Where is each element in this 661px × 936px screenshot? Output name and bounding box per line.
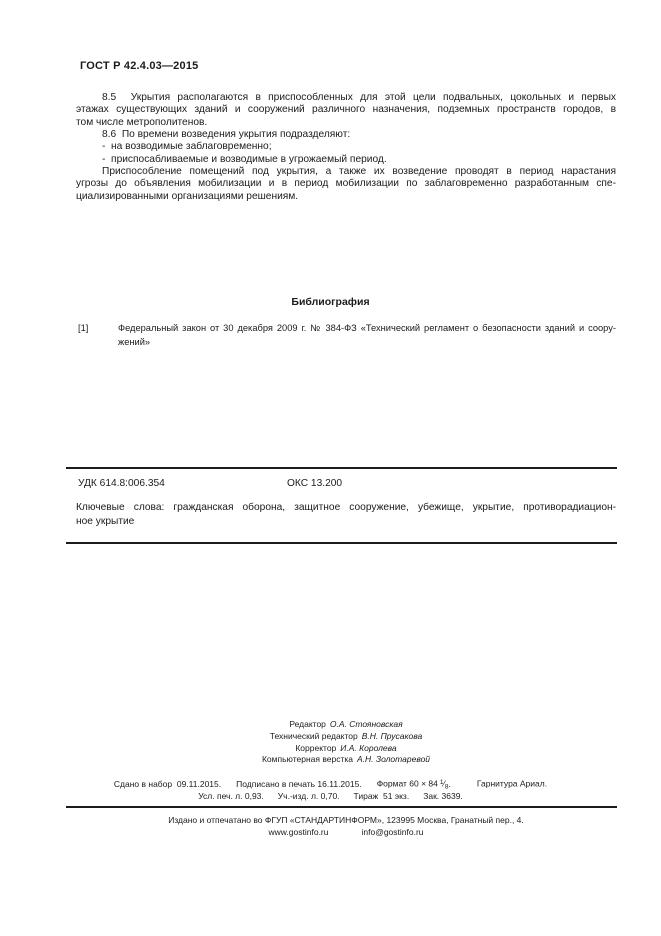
horizontal-rule-bottom xyxy=(66,806,617,808)
bibliography-item: [1] Федеральный закон от 30 декабря 2009… xyxy=(78,322,616,350)
paragraph-8-5: 8.5 Укрытия располагаются в приспособлен… xyxy=(76,92,616,129)
oks-code: ОКС 13.200 xyxy=(287,478,342,489)
editors-block: РедакторО.А. Стояновская Технический ред… xyxy=(76,719,616,766)
editor-role: Компьютерная верстка xyxy=(262,754,353,764)
text-line: 8.5 Укрытия располагаются в приспособлен… xyxy=(76,92,616,104)
text-line: угрозы до объявления мобилизации и в пер… xyxy=(76,178,616,190)
bibliography-item-marker: [1] xyxy=(78,322,88,336)
text-line: Ключевые слова: гражданская оборона, защ… xyxy=(76,501,616,515)
website-url: www.gostinfo.ru xyxy=(268,827,328,837)
pub-sheets: Уч.-изд. л. 0,70. xyxy=(278,791,340,801)
typeface-name: Гарнитура Ариал. xyxy=(477,779,547,789)
text-line: - приспосабливаемые и возводимые в угрож… xyxy=(76,154,616,166)
editor-line: РедакторО.А. Стояновская xyxy=(76,719,616,731)
text-line: Федеральный закон от 30 декабря 2009 г. … xyxy=(118,322,616,336)
udk-code: УДК 614.8:006.354 xyxy=(78,478,165,489)
conv-printed-sheets: Усл. печ. л. 0,93. xyxy=(198,791,264,801)
print-run: Тираж 51 экз. xyxy=(354,791,410,801)
text-line: этажах существующих зданий и сооружений … xyxy=(76,104,616,116)
format-period: . xyxy=(449,779,451,789)
text-line: Приспособление помещений под укрытия, а … xyxy=(76,166,616,178)
editor-name: И.А. Королева xyxy=(340,743,396,753)
horizontal-rule-middle xyxy=(66,542,617,544)
paragraph: Приспособление помещений под укрытия, а … xyxy=(76,166,616,203)
editor-role: Редактор xyxy=(289,719,326,729)
editor-line: Компьютерная версткаА.Н. Золотаревой xyxy=(76,754,616,766)
text-line: жений» xyxy=(118,336,616,350)
editor-line: КорректорИ.А. Королева xyxy=(76,743,616,755)
text-line: - на возводимые заблаговременно; xyxy=(76,141,616,153)
horizontal-rule-top xyxy=(66,467,617,469)
text-line: том числе метрополитенов. xyxy=(76,117,616,129)
print-info-line-2: Усл. печ. л. 0,93.Уч.-изд. л. 0,70.Тираж… xyxy=(0,791,661,801)
editor-line: Технический редакторВ.Н. Прусакова xyxy=(76,731,616,743)
bibliography-heading: Библиография xyxy=(0,296,661,308)
text-line: ное укрытие xyxy=(76,515,616,529)
list-item: - приспосабливаемые и возводимые в угрож… xyxy=(76,154,616,166)
text-line: 8.6 По времени возведения укрытия подраз… xyxy=(76,129,616,141)
editor-role: Корректор xyxy=(295,743,336,753)
bibliography-item-text: Федеральный закон от 30 декабря 2009 г. … xyxy=(118,322,616,350)
editor-name: О.А. Стояновская xyxy=(330,719,403,729)
email-address: info@gostinfo.ru xyxy=(361,827,423,837)
paper-format: Формат 60 × 84 xyxy=(377,779,438,789)
document-code: ГОСТ Р 42.4.03—2015 xyxy=(80,60,198,72)
text-line: циализированными организациями решениям. xyxy=(76,191,616,203)
publisher-links: www.gostinfo.ruinfo@gostinfo.ru xyxy=(76,827,616,838)
signed-date: Подписано в печать 16.11.2015. xyxy=(236,779,362,789)
order-number: Зак. 3639. xyxy=(423,791,463,801)
keywords-text: Ключевые слова: гражданская оборона, защ… xyxy=(76,501,616,529)
document-page: ГОСТ Р 42.4.03—2015 8.5 Укрытия располаг… xyxy=(0,0,661,936)
editor-name: А.Н. Золотаревой xyxy=(357,754,430,764)
editor-name: В.Н. Прусакова xyxy=(362,731,422,741)
paragraph-8-6: 8.6 По времени возведения укрытия подраз… xyxy=(76,129,616,141)
typeset-date: Сдано в набор 09.11.2015. xyxy=(114,779,221,789)
list-item: - на возводимые заблаговременно; xyxy=(76,141,616,153)
body-text: 8.5 Укрытия располагаются в приспособлен… xyxy=(76,92,616,203)
publisher-line: Издано и отпечатано во ФГУП «СТАНДАРТИНФ… xyxy=(76,815,616,826)
editor-role: Технический редактор xyxy=(270,731,358,741)
